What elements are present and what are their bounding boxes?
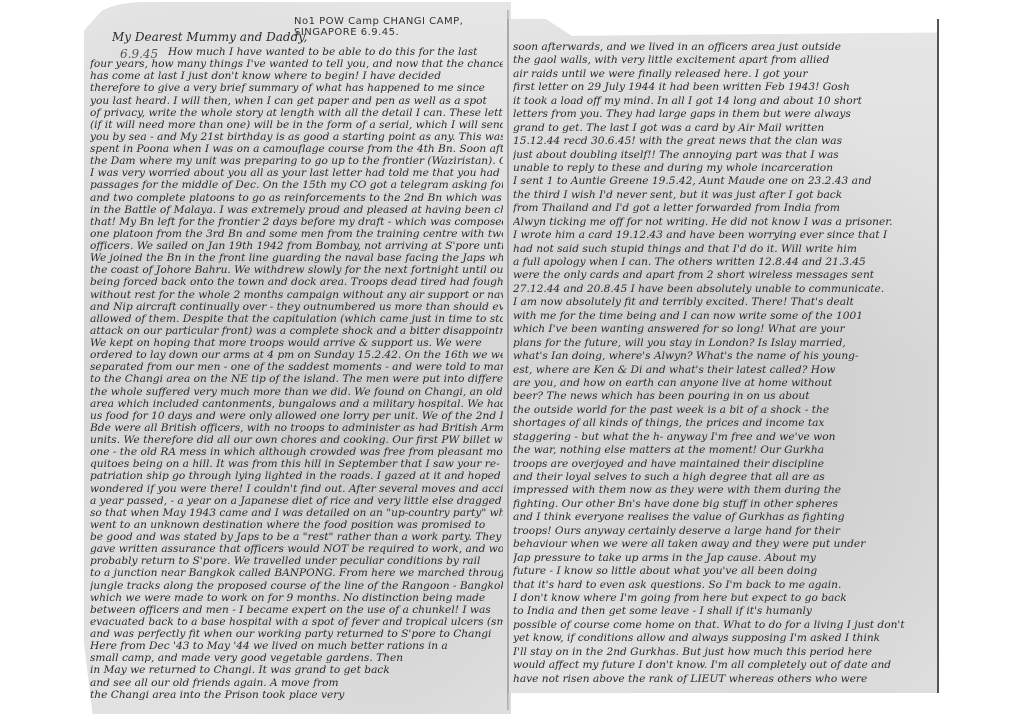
handwritten-line: so that when May 1943 came and I was det… (90, 507, 503, 519)
page-edge (937, 19, 939, 693)
handwritten-line: from Thailand and I'd got a letter forwa… (513, 202, 931, 215)
handwritten-line: were the only cards and apart from 2 sho… (513, 269, 931, 282)
handwritten-line: soon afterwards, and we lived in an offi… (513, 41, 931, 54)
handwritten-line: the gaol walls, with very little excitem… (513, 54, 931, 67)
handwritten-line: without rest for the whole 2 months camp… (90, 289, 503, 301)
handwritten-line: the third I wish I'd never sent, but it … (513, 189, 931, 202)
handwritten-line: possible of course come home on that. Wh… (513, 619, 931, 632)
handwritten-line: which I've been wanting answered for so … (513, 323, 931, 336)
handwritten-line: us food for 10 days and were only allowe… (90, 410, 503, 422)
handwritten-line: future - I know so little about what you… (513, 565, 931, 578)
handwritten-line: one - the old RA mess in which although … (90, 446, 503, 458)
handwritten-line: first letter on 29 July 1944 it had been… (513, 81, 931, 94)
handwritten-line: We kept on hoping that more troops would… (90, 337, 503, 349)
salutation: My Dearest Mummy and Daddy, (112, 30, 307, 44)
handwritten-line: plans for the future, will you stay in L… (513, 337, 931, 350)
handwritten-line: that it's hard to even ask questions. So… (513, 579, 931, 592)
handwritten-line: you last heard. I will then, when I can … (90, 95, 503, 107)
handwritten-line: the Dam where my unit was preparing to g… (90, 155, 503, 167)
handwritten-line: How much I have wanted to be able to do … (90, 46, 503, 58)
handwritten-line: small camp, and made very good vegetable… (90, 652, 503, 664)
handwritten-line: allowed of them. Despite that the capitu… (90, 313, 503, 325)
handwritten-line: probably return to S'pore. We travelled … (90, 555, 503, 567)
handwritten-line: I don't know where I'm going from here b… (513, 592, 931, 605)
handwritten-line: be good and was stated by Japs to be a "… (90, 531, 503, 543)
handwritten-line: and was perfectly fit when our working p… (90, 628, 503, 640)
handwritten-line: has come at last I just don't know where… (90, 70, 503, 82)
handwritten-line: wondered if you were there! I couldn't f… (90, 483, 503, 495)
handwritten-line: I'll stay on in the 2nd Gurkhas. But jus… (513, 646, 931, 659)
handwritten-line: in the Battle of Malaya. I was extremely… (90, 204, 503, 216)
handwritten-line: therefore to give a very brief summary o… (90, 82, 503, 94)
handwritten-line: are you, and how on earth can anyone liv… (513, 377, 931, 390)
handwritten-line: 15.12.44 recd 30.6.45! with the great ne… (513, 135, 931, 148)
handwritten-line: what's Ian doing, where's Alwyn? What's … (513, 350, 931, 363)
handwritten-line: quitoes being on a hill. It was from thi… (90, 458, 503, 470)
handwritten-line: the war, nothing else matters at the mom… (513, 444, 931, 457)
handwritten-line: had not said such stupid things and that… (513, 243, 931, 256)
handwritten-line: I sent 1 to Auntie Greene 19.5.42, Aunt … (513, 175, 931, 188)
handwritten-line: gave written assurance that officers wou… (90, 543, 503, 555)
handwritten-line: We joined the Bn in the front line guard… (90, 252, 503, 264)
handwritten-line: would affect my future I don't know. I'm… (513, 659, 931, 672)
handwritten-line: to India and then get some leave - I sha… (513, 605, 931, 618)
handwritten-line: Alwyn ticking me off for not writing. He… (513, 216, 931, 229)
handwritten-line: separated from our men - one of the sadd… (90, 361, 503, 373)
handwritten-line: one platoon from the 3rd Bn and some men… (90, 228, 503, 240)
handwritten-line: staggering - but what the h- anyway I'm … (513, 431, 931, 444)
handwritten-line: a full apology when I can. The others wr… (513, 256, 931, 269)
handwritten-line: the outside world for the past week is a… (513, 404, 931, 417)
handwritten-line: I am now absolutely fit and terribly exc… (513, 296, 931, 309)
handwritten-line: air raids until we were finally released… (513, 68, 931, 81)
handwritten-line: impressed with them now as they were wit… (513, 484, 931, 497)
handwritten-line: and Nip aircraft continually over - they… (90, 301, 503, 313)
handwritten-line: letters from you. They had large gaps in… (513, 108, 931, 121)
handwritten-line: the Changi area into the Prison took pla… (90, 689, 503, 701)
handwritten-line: yet know, if conditions allow and always… (513, 632, 931, 645)
right-page-text: soon afterwards, and we lived in an offi… (513, 41, 931, 686)
handwritten-line: passages for the middle of Dec. On the 1… (90, 179, 503, 191)
handwritten-line: which we were made to work on for 9 mont… (90, 592, 503, 604)
handwritten-line: fighting. Our other Bn's have done big s… (513, 498, 931, 511)
handwritten-line: Bde were all British officers, with no t… (90, 422, 503, 434)
handwritten-line: officers. We sailed on Jan 19th 1942 fro… (90, 240, 503, 252)
handwritten-line: evacuated back to a base hospital with a… (90, 616, 503, 628)
handwritten-line: (if it will need more than one) will be … (90, 119, 503, 131)
handwritten-line: 27.12.44 and 20.8.45 I have been absolut… (513, 283, 931, 296)
handwritten-line: being forced back onto the town and dock… (90, 276, 503, 288)
handwritten-line: it took a load off my mind. In all I got… (513, 95, 931, 108)
handwritten-line: have not risen above the rank of LIEUT w… (513, 673, 931, 686)
handwritten-line: the whole suffered very much more than w… (90, 386, 503, 398)
handwritten-line: spent in Poona when I was on a camouflag… (90, 143, 503, 155)
handwritten-line: behaviour when we were all taken away an… (513, 538, 931, 551)
handwritten-line: you by sea - and My 21st birthday is as … (90, 131, 503, 143)
handwritten-line: I wrote him a card 19.12.43 and have bee… (513, 229, 931, 242)
handwritten-line: that! My Bn left for the frontier 2 days… (90, 216, 503, 228)
handwritten-line: four years, how many things I've wanted … (90, 58, 503, 70)
handwritten-line: and two complete platoons to go as reinf… (90, 192, 503, 204)
handwritten-line: and their loyal selves to such a high de… (513, 471, 931, 484)
handwritten-line: with me for the time being and I can now… (513, 310, 931, 323)
handwritten-line: a year passed, - a year on a Japanese di… (90, 495, 503, 507)
handwritten-line: in May we returned to Changi. It was gra… (90, 664, 503, 676)
handwritten-line: to a junction near Bangkok called BANPON… (90, 567, 503, 579)
handwritten-line: beer? The news which has been pouring in… (513, 390, 931, 403)
handwritten-line: to the Changi area on the NE tip of the … (90, 373, 503, 385)
handwritten-line: of privacy, write the whole story at len… (90, 107, 503, 119)
handwritten-line: units. We therefore did all our own chor… (90, 434, 503, 446)
handwritten-line: just about doubling itself!! The annoyin… (513, 149, 931, 162)
handwritten-line: troops are overjoyed and have maintained… (513, 458, 931, 471)
handwritten-line: Jap pressure to take up arms in the Jap … (513, 552, 931, 565)
handwritten-line: Here from Dec '43 to May '44 we lived on… (90, 640, 503, 652)
letter-page-right: soon afterwards, and we lived in an offi… (507, 19, 939, 693)
handwritten-line: between officers and men - I became expe… (90, 604, 503, 616)
handwritten-line: troops! Ours anyway certainly deserve a … (513, 525, 931, 538)
handwritten-line: patriation ship go through lying lighted… (90, 470, 503, 482)
letter-header: No1 POW Camp CHANGI CAMP, SINGAPORE 6.9.… (294, 16, 511, 38)
handwritten-line: jungle tracks along the proposed course … (90, 580, 503, 592)
handwritten-line: shortages of all kinds of things, the pr… (513, 417, 931, 430)
handwritten-line: area which included cantonments, bungalo… (90, 398, 503, 410)
handwritten-line: went to an unknown destination where the… (90, 519, 503, 531)
handwritten-line: I was very worried about you all as your… (90, 167, 503, 179)
handwritten-line: grand to get. The last I got was a card … (513, 122, 931, 135)
handwritten-line: and see all our old friends again. A mov… (90, 677, 503, 689)
handwritten-line: and I think everyone realises the value … (513, 511, 931, 524)
handwritten-line: the coast of Johore Bahru. We withdrew s… (90, 264, 503, 276)
handwritten-line: unable to reply to these and during my w… (513, 162, 931, 175)
handwritten-line: attack on our particular front) was a co… (90, 325, 503, 337)
handwritten-line: est, where are Ken & Di and what's their… (513, 364, 931, 377)
left-page-text: How much I have wanted to be able to do … (90, 46, 503, 701)
letter-page-left: No1 POW Camp CHANGI CAMP, SINGAPORE 6.9.… (84, 2, 511, 714)
handwritten-line: ordered to lay down our arms at 4 pm on … (90, 349, 503, 361)
